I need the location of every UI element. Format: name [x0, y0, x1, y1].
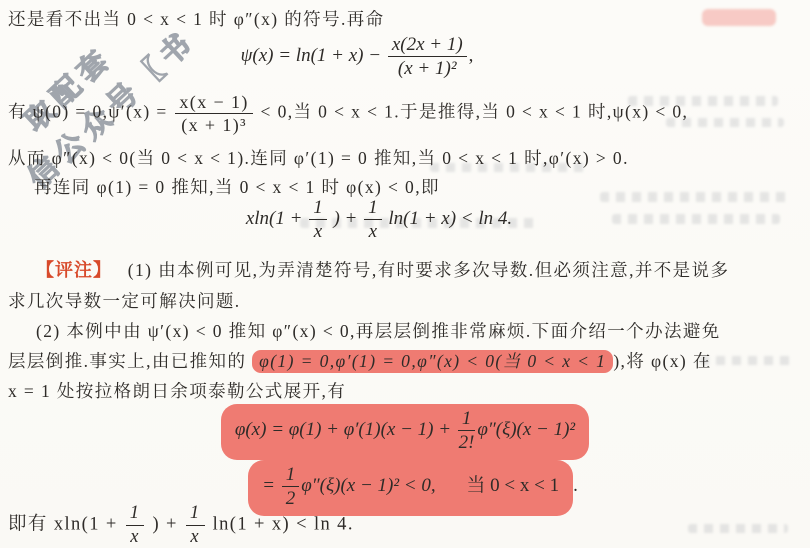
- numerator: 1: [126, 503, 145, 526]
- fraction: 1x: [186, 503, 205, 547]
- paragraph: 【评注】 (1) 由本例可见,为弄清楚符号,有时要求多次导数.但必须注意,并不是…: [36, 258, 729, 283]
- highlight-span: φ(1) = 0,φ′(1) = 0,φ″(x) < 0(当 0 < x < 1: [252, 350, 613, 373]
- denominator: 2!: [458, 431, 476, 453]
- paragraph: 层层倒推.事实上,由已推知的 φ(1) = 0,φ′(1) = 0,φ″(x) …: [8, 350, 712, 374]
- formula-text: ) +: [333, 208, 357, 229]
- highlight-formula: φ(x) = φ(1) + φ′(1)(x − 1) + 12!φ″(ξ)(x …: [221, 404, 589, 460]
- bleed-through-mark: [702, 9, 776, 26]
- denominator: x: [309, 220, 327, 242]
- scanned-textbook-page: 取配套 信公众号【书 还是看不出当 0 < x < 1 时 φ″(x) 的符号.…: [0, 0, 810, 548]
- denominator: x: [364, 220, 382, 242]
- display-formula: φ(x) = φ(1) + φ′(1)(x − 1) + 12!φ″(ξ)(x …: [0, 404, 810, 460]
- formula: = 12φ″(ξ)(x − 1)² < 0, 当 0 < x < 1 .: [248, 475, 578, 496]
- paragraph-text: 从而 φ″(x) < 0(当 0 < x < 1).连同 φ′(1) = 0 推…: [8, 148, 629, 168]
- paragraph-text: 再连同 φ(1) = 0 推知,当 0 < x < 1 时 φ(x) < 0,即: [34, 177, 440, 197]
- bleed-through-mark: [700, 356, 792, 365]
- paragraph-text: x = 1 处按拉格朗日余项泰勒公式展开,有: [8, 381, 346, 401]
- paragraph-text: 即有 xln(1 +: [8, 514, 118, 534]
- formula-text: ,: [469, 45, 474, 66]
- paragraph: (2) 本例中由 ψ′(x) < 0 推知 φ″(x) < 0,再层层倒推非常麻…: [36, 320, 721, 344]
- numerator: 1: [186, 503, 205, 526]
- fraction: 1x: [126, 503, 145, 547]
- paragraph-text: ln(1 + x) < ln 4.: [213, 514, 354, 534]
- denominator: x: [186, 526, 205, 548]
- paragraph-text: (1) 由本例可见,为弄清楚符号,有时要求多次导数.但必须注意,并不是说多: [128, 260, 730, 280]
- formula-text: ψ(x) = ln(1 + x) −: [241, 45, 381, 66]
- formula-text: φ(x) = φ(1) + φ′(1)(x − 1) +: [235, 419, 451, 440]
- paragraph-text: ) +: [152, 514, 177, 534]
- fraction: x(x − 1)(x + 1)³: [175, 92, 252, 135]
- formula-text: =: [262, 475, 275, 496]
- numerator: 1: [458, 408, 476, 431]
- paragraph-text: < 0,当 0 < x < 1.于是推得,当 0 < x < 1 时,ψ(x) …: [261, 102, 689, 122]
- paragraph: 即有 xln(1 + 1x ) + 1x ln(1 + x) < ln 4.: [8, 503, 354, 547]
- paragraph-text: 求几次导数一定可解决问题.: [8, 291, 241, 311]
- bleed-through-mark: [688, 524, 788, 533]
- formula-text: ln(1 + x) < ln 4.: [388, 208, 512, 229]
- paragraph: 求几次导数一定可解决问题.: [8, 290, 241, 314]
- paragraph-text: (2) 本例中由 ψ′(x) < 0 推知 φ″(x) < 0,再层层倒推非常麻…: [36, 321, 721, 341]
- paragraph: 还是看不出当 0 < x < 1 时 φ″(x) 的符号.再命: [8, 8, 385, 32]
- numerator: x(x − 1): [175, 92, 252, 114]
- paragraph-text: ),将 φ(x) 在: [613, 351, 711, 371]
- paragraph: x = 1 处按拉格朗日余项泰勒公式展开,有: [8, 380, 346, 404]
- paragraph-text: 层层倒推.事实上,由已推知的: [8, 351, 246, 371]
- paragraph-text: 还是看不出当 0 < x < 1 时 φ″(x) 的符号.再命: [8, 9, 385, 29]
- paragraph: 有 ψ(0) = 0,ψ′(x) = x(x − 1)(x + 1)³ < 0,…: [8, 92, 688, 135]
- formula: xln(1 + 1x ) + 1x ln(1 + x) < ln 4.: [246, 208, 512, 229]
- formula-text: 当 0 < x < 1: [466, 475, 559, 496]
- remark-label: 【评注】: [36, 260, 112, 280]
- numerator: x(2x + 1): [388, 34, 467, 57]
- formula-text: xln(1 +: [246, 208, 303, 229]
- paragraph-text: 有 ψ(0) = 0,ψ′(x) =: [8, 102, 168, 122]
- fraction: 1x: [364, 197, 382, 243]
- display-formula: ψ(x) = ln(1 + x) − x(2x + 1)(x + 1)²,: [0, 34, 810, 80]
- numerator: 1: [282, 464, 300, 487]
- formula-text: φ″(ξ)(x − 1)² < 0,: [301, 475, 435, 496]
- formula-text: φ″(ξ)(x − 1)²: [477, 419, 575, 440]
- denominator: x: [126, 526, 145, 548]
- fraction: 1x: [309, 197, 327, 243]
- display-formula: xln(1 + 1x ) + 1x ln(1 + x) < ln 4.: [0, 197, 810, 243]
- numerator: 1: [309, 197, 327, 220]
- numerator: 1: [364, 197, 382, 220]
- formula: ψ(x) = ln(1 + x) − x(2x + 1)(x + 1)²,: [241, 45, 474, 66]
- fraction: x(2x + 1)(x + 1)²: [388, 34, 467, 80]
- paragraph: 从而 φ″(x) < 0(当 0 < x < 1).连同 φ′(1) = 0 推…: [8, 147, 629, 171]
- formula-text: .: [573, 475, 578, 496]
- fraction: 12!: [458, 408, 476, 454]
- denominator: (x + 1)²: [388, 57, 467, 79]
- denominator: (x + 1)³: [175, 114, 252, 135]
